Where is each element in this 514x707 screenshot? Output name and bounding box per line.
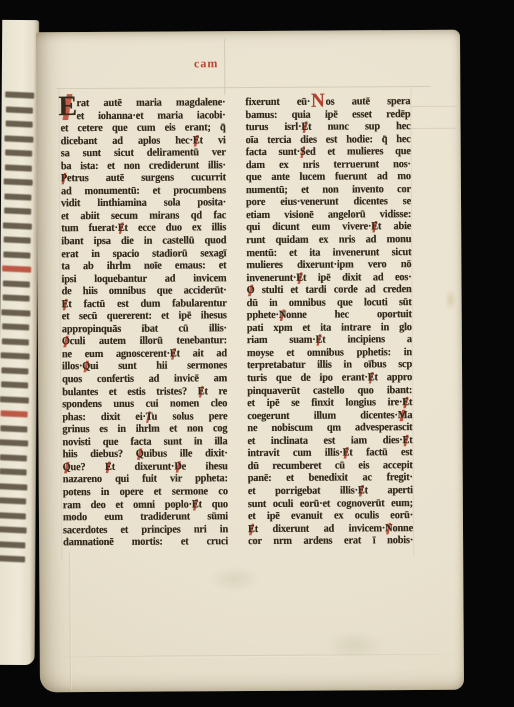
facing-page-line xyxy=(0,396,29,403)
facing-page-text-lines xyxy=(0,91,35,570)
facing-page-line xyxy=(1,352,30,359)
manuscript-text-line: turus isrl·Et nunc sup hec xyxy=(246,121,411,135)
facing-page-line xyxy=(0,526,26,533)
rubricated-capital: E xyxy=(315,335,322,346)
manuscript-text-line: runt quidam ex nris ad monu xyxy=(246,234,411,248)
facing-page-line xyxy=(0,541,25,548)
rubricated-capital: E xyxy=(105,461,112,472)
rubricated-capital: P xyxy=(61,173,67,184)
manuscript-text-line: turis que de ipo erant·Et appro xyxy=(247,372,412,386)
rubricated-capital: D xyxy=(174,461,181,472)
manuscript-text-line: facta sunt·Sed et mulieres que xyxy=(246,146,411,160)
facing-page-line xyxy=(0,497,26,504)
manuscript-text-line: rat autē maria magdalene· xyxy=(60,97,225,111)
rubricated-capital: E xyxy=(358,485,365,496)
parchment-stain xyxy=(199,561,269,597)
rubricated-capital: E xyxy=(118,223,125,234)
rubricated-capital: S xyxy=(300,147,306,158)
facing-page-line xyxy=(1,410,27,417)
facing-page-line xyxy=(2,367,28,374)
rubricated-capital: T xyxy=(146,411,152,422)
rubricated-capital: E xyxy=(192,499,199,510)
rubricated-capital: E xyxy=(193,135,200,146)
manuscript-text-line: spondens unus cui nomen cleo xyxy=(62,398,227,412)
rubricated-capital: E xyxy=(170,348,177,359)
facing-page-line xyxy=(2,265,31,272)
facing-page-line xyxy=(5,91,34,98)
rubricated-capital: E xyxy=(198,386,205,397)
rubricated-capital: M xyxy=(398,409,408,420)
rubricated-capital: E xyxy=(301,121,308,132)
rubricated-capital: E xyxy=(368,372,375,383)
facing-page-line xyxy=(1,381,29,388)
rubricated-capital: O xyxy=(62,336,70,347)
facing-page-line xyxy=(2,294,30,301)
rubricated-capital: E xyxy=(371,221,378,232)
manuscript-text-line: ibant ipsa die in castellū quod xyxy=(61,235,226,249)
gutter-crease xyxy=(69,552,72,690)
ruling-line xyxy=(410,106,456,107)
facing-page-line xyxy=(0,555,25,562)
facing-page-line xyxy=(5,149,31,156)
facing-page-line xyxy=(0,425,28,432)
rubricated-capital: O xyxy=(247,285,255,296)
manuscript-text-line: ta ab ihrlm noīe emaus: et xyxy=(61,260,226,274)
facing-page-line xyxy=(4,164,32,171)
manuscript-text-line: et ipē evanuit ex oculis eorū· xyxy=(248,510,413,524)
facing-page-line xyxy=(0,512,26,519)
facing-page-line xyxy=(1,338,29,345)
ruling-line xyxy=(411,128,457,129)
manuscript-page: cam E rat autē maria magdalene·et iohann… xyxy=(36,30,464,693)
facing-page-line xyxy=(6,106,32,113)
facing-page-line xyxy=(5,193,31,200)
facing-page-line xyxy=(3,280,29,287)
parchment-stain xyxy=(443,285,459,315)
rubricated-capital: E xyxy=(62,299,69,310)
facing-page-line xyxy=(0,468,27,475)
rubricated-capital: E xyxy=(248,523,255,534)
manuscript-text-line: fixerunt eū·Nos autē spera xyxy=(245,96,410,110)
manuscript-photo: { "colors": { "background": "#060606", "… xyxy=(0,0,514,707)
rubricated-capital: Q xyxy=(136,449,144,460)
manuscript-text-line: de hiis omnibus que acciderūt· xyxy=(62,285,227,299)
facing-page-line xyxy=(0,439,28,446)
manuscript-text-line: cor nrm ardens erat ī nobis· xyxy=(248,535,413,549)
manuscript-text-line: et porrigebat illis·Et aperti xyxy=(248,485,413,499)
rubricated-capital: N xyxy=(279,310,286,321)
facing-page-line xyxy=(4,207,32,214)
manuscript-text-line: sa sunt sicut deliramentū ver xyxy=(61,147,226,161)
rubricated-capital: Q xyxy=(82,361,90,372)
manuscript-text-line: mulieres dixerunt·ipm vero nō xyxy=(246,259,411,273)
rubricated-capital: Q xyxy=(63,462,71,473)
rubricated-capital: E xyxy=(402,397,409,408)
facing-page-line xyxy=(5,120,33,127)
ruling-line xyxy=(56,86,430,89)
manuscript-text-line: et ipē se finxit longius ire·Et xyxy=(247,397,412,411)
facing-page-line xyxy=(4,135,33,142)
text-column-right: fixerunt eū·Nos autē sperabamus: quia ip… xyxy=(245,96,413,553)
parchment-stain xyxy=(315,625,395,665)
facing-page-line xyxy=(1,309,30,316)
facing-page-line xyxy=(2,323,28,330)
facing-page-line xyxy=(3,222,32,229)
rubricated-capital: E xyxy=(343,447,350,458)
facing-page-line xyxy=(4,178,33,185)
facing-page-line xyxy=(0,454,26,461)
manuscript-text-line: damnationē mortis: et cruci xyxy=(63,536,228,550)
running-header: cam xyxy=(156,56,256,72)
manuscript-text-line: modo eum tradiderunt sūmi xyxy=(63,511,228,525)
facing-page-line xyxy=(4,236,30,243)
rubricated-capital: N xyxy=(385,522,392,533)
text-column-left: rat autē maria magdalene·et iohanna·et m… xyxy=(60,97,228,554)
rubricated-capital: E xyxy=(402,435,409,446)
manuscript-text-line: et cetere que cum eis erant; q̄ xyxy=(61,122,226,136)
facing-page-line xyxy=(3,251,31,258)
manuscript-text-line: potens in opere et sermone co xyxy=(63,486,228,500)
rubricated-capital: E xyxy=(296,272,303,283)
facing-page-edge xyxy=(0,20,39,665)
manuscript-text-line: quos confertis ad invicē am xyxy=(62,373,227,387)
page-crease xyxy=(54,654,456,658)
facing-page-line xyxy=(0,483,27,490)
